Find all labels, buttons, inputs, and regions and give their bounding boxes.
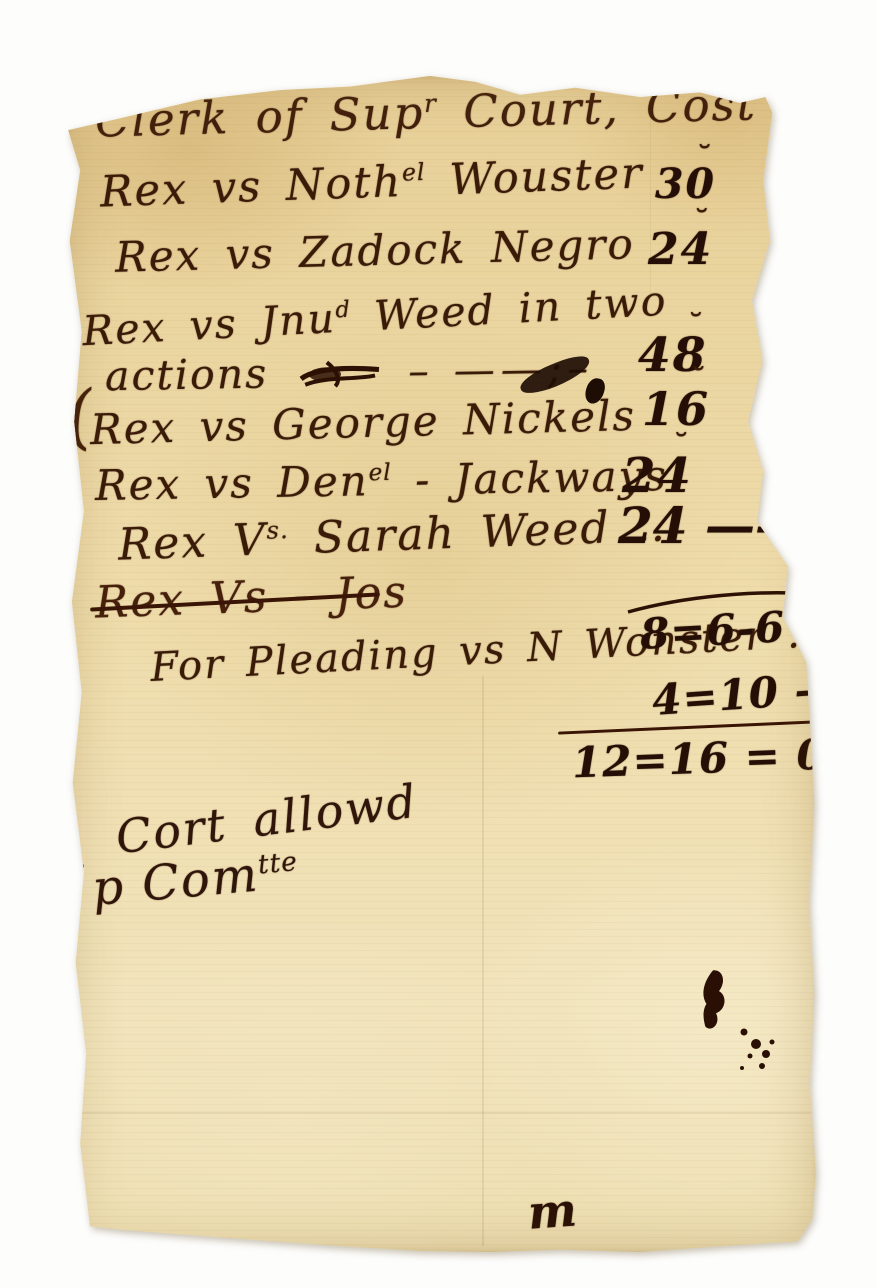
entry-text: Rex vs George Nickels <box>89 391 636 454</box>
entry-text: Rex vs Zadock Negro <box>114 219 635 282</box>
entry-text: Rex Vs - Jos <box>94 567 408 629</box>
entry-superscript: s. <box>266 516 289 545</box>
entry-text: Rex V <box>117 514 267 570</box>
entry-jos-struck: Rex Vs - Jos <box>94 567 408 629</box>
amount-wouster: ˘ 30 <box>655 160 716 208</box>
red-ink-mark-upper <box>66 863 85 871</box>
entry-superscript: el <box>401 158 426 187</box>
entry-text: Rex vs Noth <box>99 157 403 218</box>
red-ink-mark-lower <box>68 1088 78 1134</box>
entry-superscript: el <box>368 460 392 486</box>
entry-zadock: Rex vs Zadock Negro <box>114 219 635 282</box>
sum-total-line: 12=16 = 0 <box>571 730 827 788</box>
entry-text-rest: Sarah Weed ‥ <box>288 500 668 564</box>
amount-sarah-weed: 24 —— <box>618 496 805 555</box>
tally-tick-icon: ˘ <box>674 428 691 463</box>
entry-wouster: Rex vs Nothel Wouster <box>99 149 644 218</box>
entry-actions: actions – ——;– <box>105 344 595 401</box>
scribbled-out-word <box>297 355 384 390</box>
entry-text: Rex vs Jnu <box>81 294 337 355</box>
amount-zadock: ˘ 24 <box>648 224 713 275</box>
entry-jackways: Rex vs Denel - Jackways <box>95 451 669 510</box>
tally-tick-icon: ˘ <box>688 308 705 343</box>
title-line: Clerk of Supr Court, Cost <box>94 77 757 147</box>
sum-value: 12=16 = 0 <box>571 730 827 788</box>
title-superscript: r <box>424 89 438 118</box>
sum-line-1: 8=6-6 <box>639 602 787 659</box>
tally-tick-icon: ˘ <box>694 204 711 239</box>
entry-superscript: d <box>335 297 352 324</box>
bottom-partial-writing: m <box>526 1182 580 1239</box>
entry-text-rest: Wouster <box>425 149 645 207</box>
paper-sheet-wrap: Clerk of Supr Court, Cost Rex vs Nothel … <box>66 76 818 1252</box>
horizontal-fold-crease <box>82 1112 812 1114</box>
vertical-fold-crease <box>482 676 484 1246</box>
title-text: Clerk of Sup <box>94 86 424 148</box>
tally-tick-icon: ˘ <box>691 362 708 397</box>
title-text-rest: Court, Cost <box>436 77 757 138</box>
paper-sheet: Clerk of Supr Court, Cost Rex vs Nothel … <box>66 76 818 1252</box>
sum-value: 4=10 — 0 <box>651 660 877 725</box>
scanned-document-page: Clerk of Supr Court, Cost Rex vs Nothel … <box>0 0 877 1288</box>
sum-line-2: 4=10 — 0 <box>651 660 877 725</box>
entry-text: actions <box>105 349 269 400</box>
amount-value: 24 —— <box>618 496 805 555</box>
tally-tick-icon: ˘ <box>697 140 714 175</box>
partial-glyph: m <box>526 1182 580 1239</box>
sum-value: 8=6-6 <box>639 602 787 659</box>
ink-blot-cluster <box>686 966 796 1096</box>
entry-sarah-weed: Rex Vs. Sarah Weed ‥ <box>117 500 667 570</box>
entry-text: Rex vs Den <box>95 456 370 510</box>
footer-text: p Com <box>90 847 261 917</box>
footer-superscript: tte <box>257 846 299 880</box>
entry-text-rest: Weed in two <box>350 277 669 341</box>
entry-nickels: Rex vs George Nickels <box>89 391 636 454</box>
